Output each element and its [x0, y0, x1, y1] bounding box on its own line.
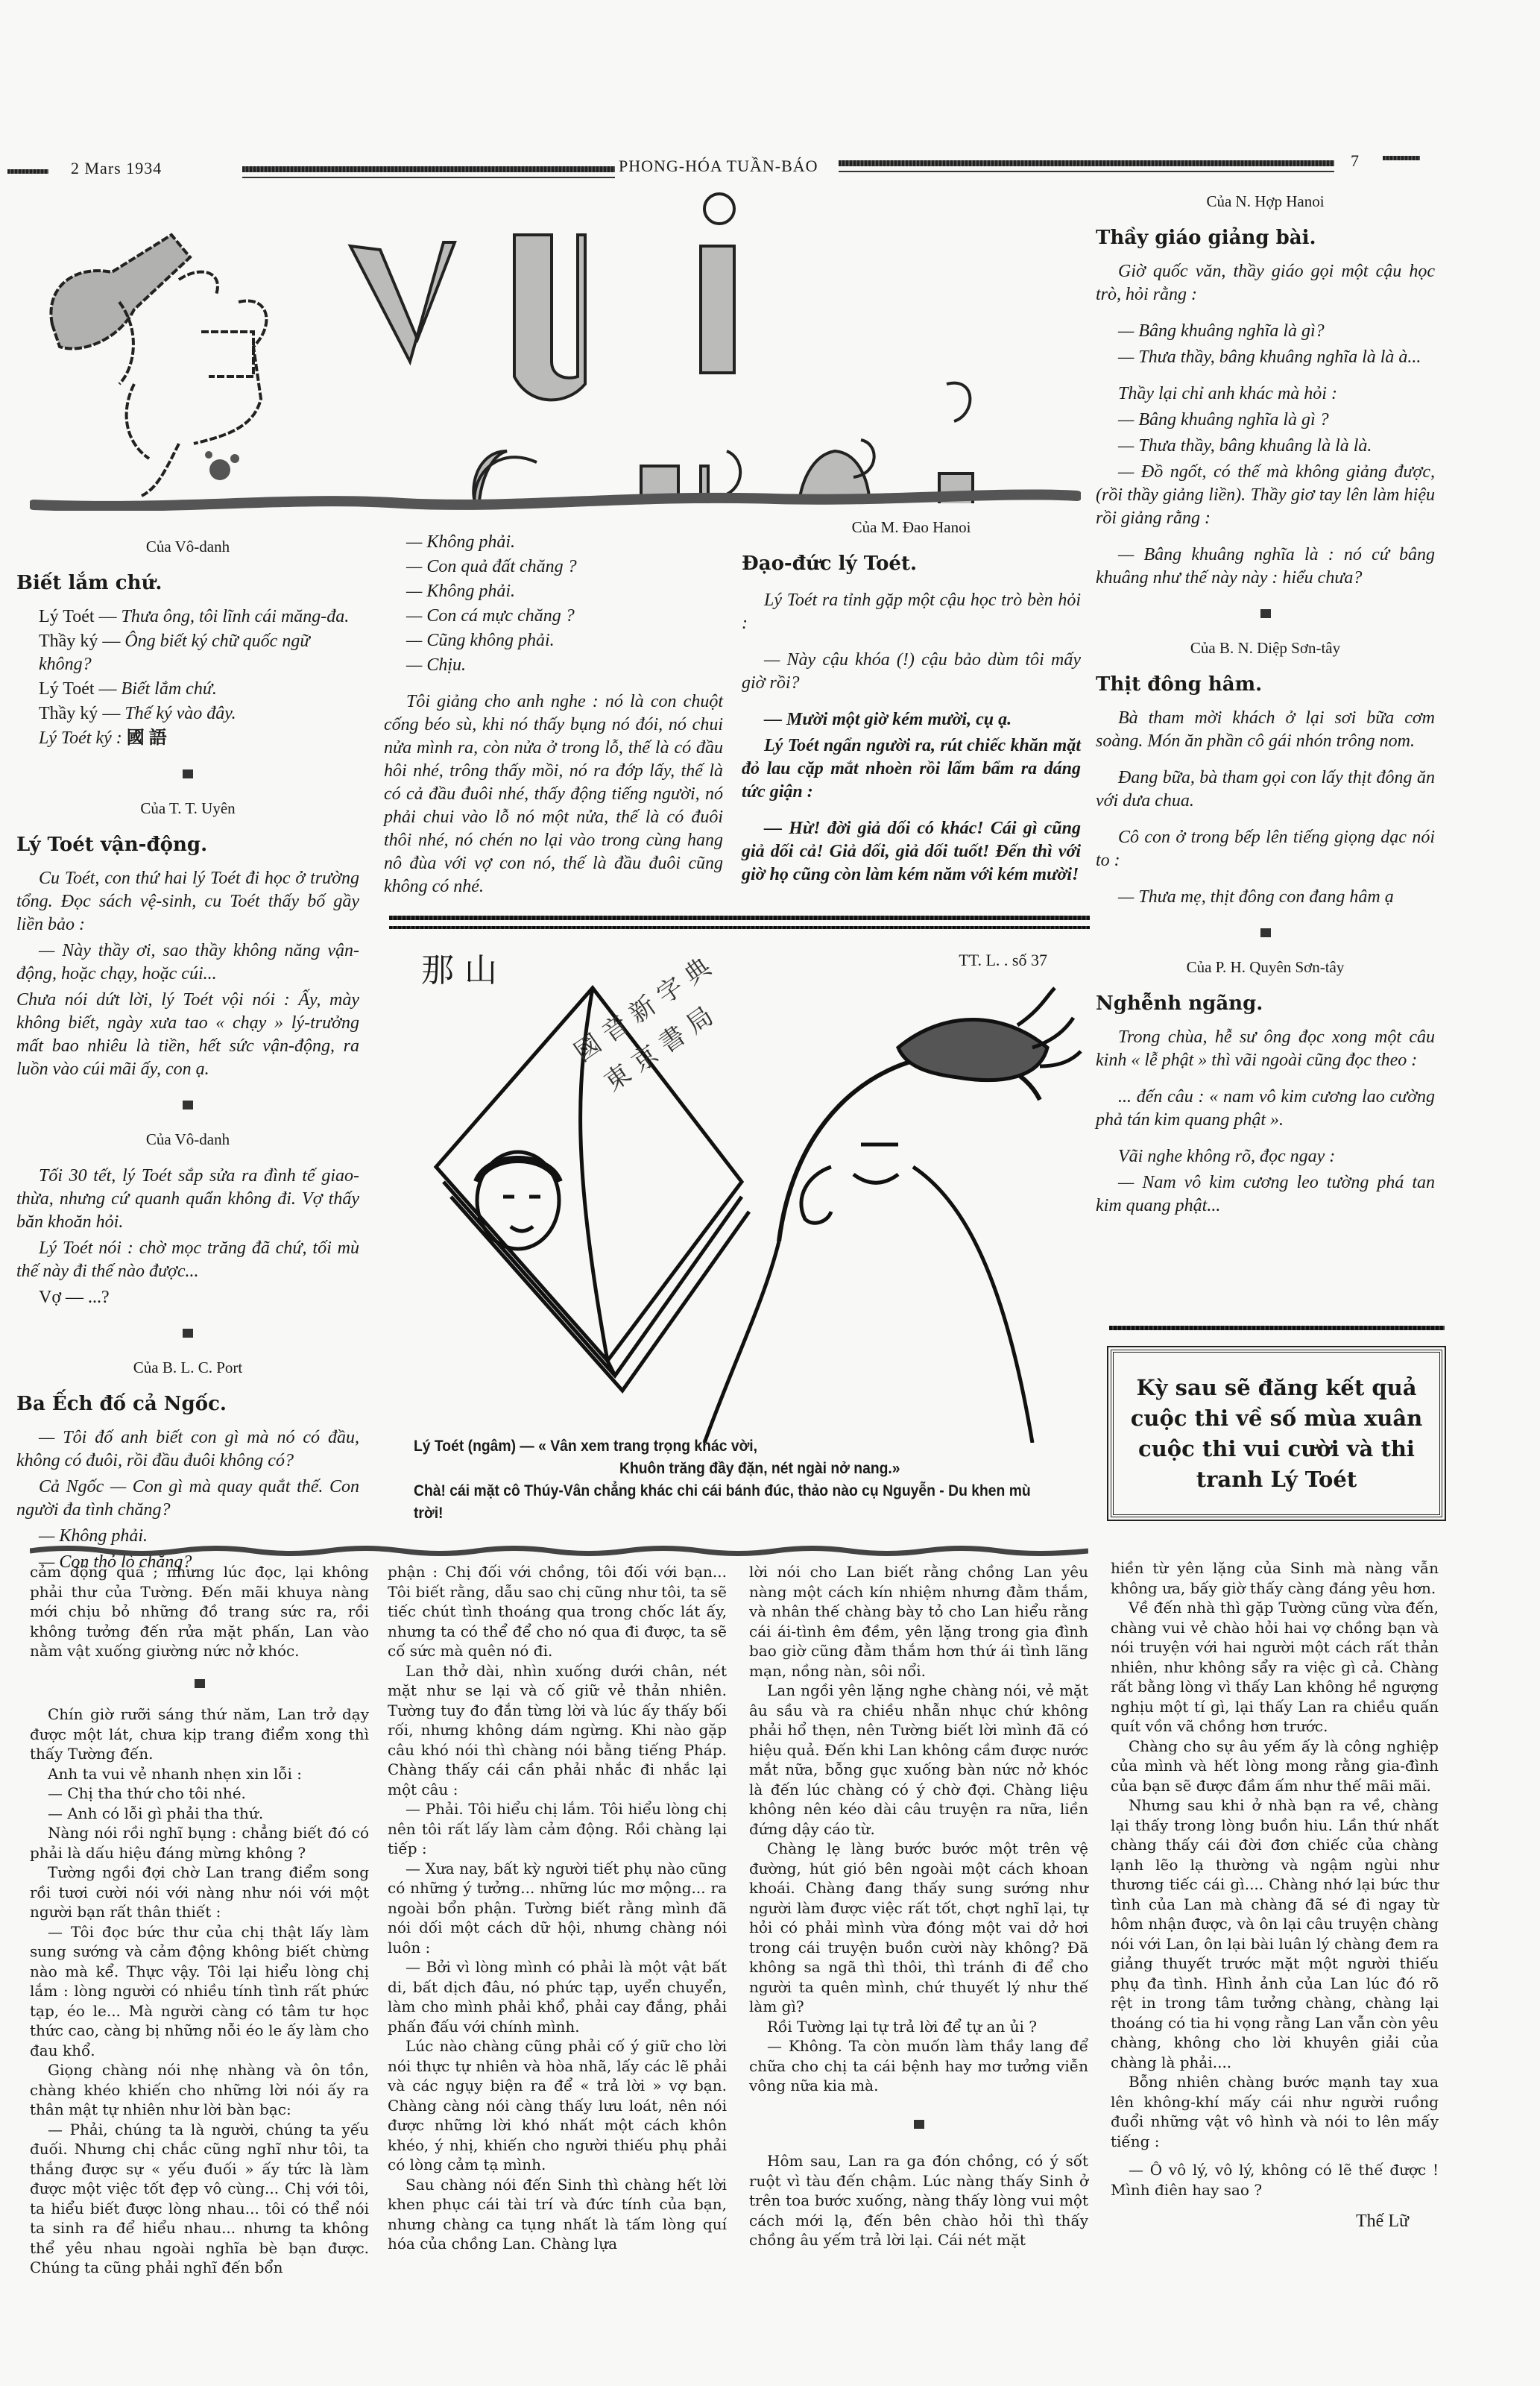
- paragraph: — Bâng khuâng nghĩa là : nó cứ bâng khuâ…: [1096, 544, 1435, 590]
- serial-story-column-2: phận : Chị đối với chồng, tôi đối với bạ…: [388, 1562, 727, 2254]
- byline: Của Vô-danh: [16, 535, 359, 558]
- paragraph: Hôm sau, Lan ra ga đón chồng, có ý sốt r…: [749, 2151, 1088, 2250]
- paragraph: Lý Toét ngẩn người ra, rút chiếc khăn mặ…: [742, 734, 1081, 804]
- joke-column-3: Của M. Đao Hanoi Đạo-đức lý Toét. Lý Toé…: [742, 516, 1081, 890]
- joke-title: Đạo-đức lý Toét.: [742, 553, 1081, 576]
- paragraph: Trong chùa, hễ sư ông đọc xong một câu k…: [1096, 1026, 1435, 1072]
- paragraph: Cu Toét, con thứ hai lý Toét đi học ở tr…: [16, 867, 359, 937]
- paragraph: — Tôi đố anh biết con gì mà nó có đầu, k…: [16, 1426, 359, 1473]
- issue-date: 2 Mars 1934: [71, 159, 162, 178]
- paragraph: Giọng chàng nói nhẹ nhàng và ôn tồn, chà…: [30, 2060, 369, 2120]
- section-ornament: [16, 762, 359, 785]
- paragraph: Nàng nói rồi nghĩ bụng : chẳng biết đó c…: [30, 1823, 369, 1863]
- paragraph: Cô con ở trong bếp lên tiếng giọng dạc n…: [1096, 826, 1435, 872]
- joke-title: Lý Toét vận-động.: [16, 834, 359, 857]
- paragraph: Bà tham mời khách ở lại sơi bữa cơm soàn…: [1096, 707, 1435, 753]
- paragraph: Lý Toét nói : chờ mọc trăng đã chứ, tối …: [16, 1237, 359, 1283]
- paragraph: — Thưa mẹ, thịt đông con đang hâm ạ: [1096, 886, 1435, 909]
- paragraph: lời nói cho Lan biết rằng chồng Lan yêu …: [749, 1562, 1088, 1681]
- paragraph: ... đến câu : « nam vô kim cương lao cườ…: [1096, 1086, 1435, 1132]
- paragraph: — Phải, chúng ta là người, chúng ta yếu …: [30, 2120, 369, 2278]
- paragraph: Vợ — ...?: [16, 1286, 359, 1309]
- paragraph: Vãi nghe không rõ, đọc ngay :: [1096, 1145, 1435, 1168]
- paragraph: — Anh có lỗi gì phải tha thứ.: [30, 1804, 369, 1824]
- dialogue-line: — Con cá mực chăng ?: [384, 605, 723, 628]
- paragraph: Sau chàng nói đến Sinh thì chàng hết lời…: [388, 2175, 727, 2254]
- dialogue-line: Thầy ký — Ông biết ký chữ quốc ngữ không…: [16, 630, 359, 676]
- laughing-figure-icon: [30, 190, 1073, 503]
- serial-story-column-3: lời nói cho Lan biết rằng chồng Lan yêu …: [749, 1562, 1088, 2250]
- rule-ornament: [839, 160, 1334, 166]
- joke-title: Ba Ếch đố cả Ngốc.: [16, 1393, 359, 1416]
- byline: Của P. H. Quyên Sơn-tây: [1096, 956, 1435, 979]
- dialogue-line: Lý Toét ký : 國 語: [16, 727, 359, 750]
- author-signature: Thế Lữ: [1111, 2212, 1439, 2232]
- paragraph: phận : Chị đối với chồng, tôi đối với bạ…: [388, 1562, 727, 1661]
- paragraph: Về đến nhà thì gặp Tường cũng vừa đến, c…: [1111, 1598, 1439, 1737]
- paragraph: Chàng lẹ làng bước bước một trên vệ đườn…: [749, 1839, 1088, 2017]
- rule-ornament: [1383, 156, 1420, 160]
- dialogue-line: Lý Toét — Biết lắm chứ.: [16, 678, 359, 701]
- paragraph: Lý Toét ra tỉnh gặp một cậu học trò bèn …: [742, 589, 1081, 635]
- paragraph: Thầy lại chỉ anh khác mà hỏi :: [1096, 383, 1435, 406]
- publication-name: PHONG-HÓA TUẦN-BÁO: [619, 157, 818, 176]
- ly-toet-reading-book-icon: 國 音 新 字 典 東 京 書 局: [391, 928, 1092, 1443]
- cartoon-signature: TT. L. . số 37: [959, 951, 1047, 970]
- paragraph: Tối 30 tết, lý Toét sắp sửa ra đình tế g…: [16, 1165, 359, 1234]
- joke-title: Biết lắm chứ.: [16, 572, 359, 595]
- section-ornament: [30, 1673, 369, 1693]
- paragraph: — Thưa thầy, bâng khuâng là là là.: [1096, 435, 1435, 458]
- section-title-art: [30, 190, 1073, 503]
- paragraph: — Không. Ta còn muốn làm thầy lang để ch…: [749, 2036, 1088, 2096]
- paragraph: — Bâng khuâng nghĩa là gì?: [1096, 320, 1435, 343]
- cartoon-chinese-label: 那 山: [421, 943, 497, 991]
- byline: Của B. L. C. Port: [16, 1356, 359, 1379]
- paragraph: — Phải. Tôi hiểu chị lắm. Tôi hiểu lòng …: [388, 1799, 727, 1859]
- joke-title: Thịt đông hâm.: [1096, 673, 1435, 696]
- paragraph: — Bởi vì lòng mình có phải là một vật bấ…: [388, 1957, 727, 2036]
- paragraph: Cả Ngốc — Con gì mà quay quắt thế. Con n…: [16, 1476, 359, 1522]
- paragraph: Tôi giảng cho anh nghe : nó là con chuột…: [384, 690, 723, 898]
- paragraph: hiền từ yên lặng của Sinh mà nàng vẫn kh…: [1111, 1558, 1439, 1598]
- dialogue-line: — Cũng không phải.: [384, 629, 723, 652]
- paragraph: — Này thầy ơi, sao thầy không năng vận-đ…: [16, 939, 359, 986]
- dialogue-line: — Không phải.: [384, 580, 723, 603]
- paragraph: Đang bữa, bà tham gọi con lấy thịt đông …: [1096, 767, 1435, 813]
- byline: Của B. N. Diệp Sơn-tây: [1096, 637, 1435, 660]
- paragraph: — Tôi đọc bức thư của chị thật lấy làm s…: [30, 1922, 369, 2061]
- paragraph: Chàng cho sự âu yếm ấy là công nghiệp củ…: [1111, 1737, 1439, 1796]
- dialogue-line: — Con quả đất chăng ?: [384, 555, 723, 579]
- section-ornament: [749, 2114, 1088, 2134]
- joke-column-1: Của Vô-danh Biết lắm chứ. Lý Toét — Thưa…: [16, 535, 359, 1577]
- paragraph: Tường ngồi đợi chờ Lan trang điểm song r…: [30, 1863, 369, 1922]
- paragraph: — Mười một giờ kém mười, cụ ạ.: [742, 708, 1081, 731]
- paragraph: — Hừ! đời giả dối có khác! Cái gì cũng g…: [742, 817, 1081, 887]
- rule-ornament: [7, 169, 48, 174]
- byline: Của Vô-danh: [16, 1128, 359, 1151]
- page-number: 7: [1351, 151, 1360, 171]
- paragraph: Rồi Tường lại tự trả lời để tự an ủi ?: [749, 2017, 1088, 2037]
- masthead-bar: 2 Mars 1934 PHONG-HÓA TUẦN-BÁO 7: [0, 153, 1540, 183]
- paragraph: — Chị tha thứ cho tôi nhé.: [30, 1784, 369, 1804]
- wavy-rule: [30, 1545, 1088, 1555]
- rule-thin: [839, 171, 1334, 172]
- section-ornament: [16, 1093, 359, 1116]
- byline: Của N. Hợp Hanoi: [1096, 190, 1435, 213]
- paragraph: — Đồ ngốt, có thế mà không giảng được, (…: [1096, 461, 1435, 530]
- paragraph: Lan thở dài, nhìn xuống dưới chân, nét m…: [388, 1661, 727, 1800]
- joke-column-4: Của N. Hợp Hanoi Thầy giáo giảng bài. Gi…: [1096, 190, 1435, 1221]
- byline: Của T. T. Uyên: [16, 797, 359, 820]
- serial-story-column-4: hiền từ yên lặng của Sinh mà nàng vẫn kh…: [1111, 1558, 1439, 2232]
- section-ornament: [16, 1321, 359, 1344]
- dialogue-line: — Chịu.: [384, 654, 723, 677]
- rule-ornament: [242, 166, 615, 172]
- section-ornament: [1096, 602, 1435, 625]
- paragraph: — Nam vô kim cương leo tường phá tan kim…: [1096, 1171, 1435, 1218]
- paragraph: Lan ngồi yên lặng nghe chàng nói, vẻ mặt…: [749, 1681, 1088, 1839]
- joke-title: Nghễnh ngãng.: [1096, 992, 1435, 1016]
- joke-column-2: — Không phải. — Con quả đất chăng ? — Kh…: [384, 531, 723, 901]
- paragraph: Chín giờ rưỡi sáng thứ năm, Lan trở dạy …: [30, 1704, 369, 1764]
- paragraph: Bỗng nhiên chàng bước mạnh tay xua lên k…: [1111, 2072, 1439, 2151]
- rule-thick: [389, 916, 1090, 920]
- notice-text: Kỳ sau sẽ đăng kết quả cuộc thi về số mù…: [1114, 1373, 1439, 1495]
- joke-title: Thầy giáo giảng bài.: [1096, 227, 1435, 250]
- paragraph: Anh ta vui vẻ nhanh nhẹn xin lỗi :: [30, 1764, 369, 1784]
- paragraph: cảm động quá ; nhưng lúc đọc, lại không …: [30, 1562, 369, 1661]
- paragraph: — Ô vô lý, vô lý, không có lẽ thế được !…: [1111, 2160, 1439, 2200]
- byline: Của M. Đao Hanoi: [742, 516, 1081, 539]
- dialogue-line: Thầy ký — Thế ký vào đây.: [16, 702, 359, 725]
- rule-thin: [242, 177, 615, 178]
- contest-notice-box: Kỳ sau sẽ đăng kết quả cuộc thi về số mù…: [1111, 1350, 1442, 1517]
- paragraph: — Bâng khuâng nghĩa là gì ?: [1096, 409, 1435, 432]
- cartoon-caption: Lý Toét (ngâm) — « Vân xem trang trọng k…: [414, 1435, 1038, 1525]
- paragraph: — Xưa nay, bất kỳ người tiết phụ nào cũn…: [388, 1859, 727, 1958]
- paragraph: Nhưng sau khi ở nhà bạn ra về, chàng lại…: [1111, 1795, 1439, 2072]
- serial-story-column-1: cảm động quá ; nhưng lúc đọc, lại không …: [30, 1562, 369, 2278]
- dialogue-line: Lý Toét — Thưa ông, tôi lĩnh cái măng-đa…: [16, 605, 359, 629]
- cartoon-illustration: 那 山 TT. L. . số 37 國 音 新 字 典 東 京 書 局: [391, 928, 1092, 1443]
- paragraph: Lúc nào chàng cũng phải cố ý giữ cho lời…: [388, 2036, 727, 2175]
- paragraph: — Thưa thầy, bâng khuâng nghĩa là là à..…: [1096, 346, 1435, 369]
- wavy-rule: [30, 488, 1081, 511]
- paragraph: Giờ quốc văn, thầy giáo gọi một cậu học …: [1096, 260, 1435, 306]
- dialogue-line: — Không phải.: [384, 531, 723, 554]
- section-ornament: [1096, 921, 1435, 944]
- rule-thick: [1109, 1326, 1445, 1330]
- paragraph: Chưa nói dứt lời, lý Toét vội nói : Ấy, …: [16, 989, 359, 1081]
- paragraph: — Này cậu khóa (!) cậu bảo dùm tôi mấy g…: [742, 649, 1081, 695]
